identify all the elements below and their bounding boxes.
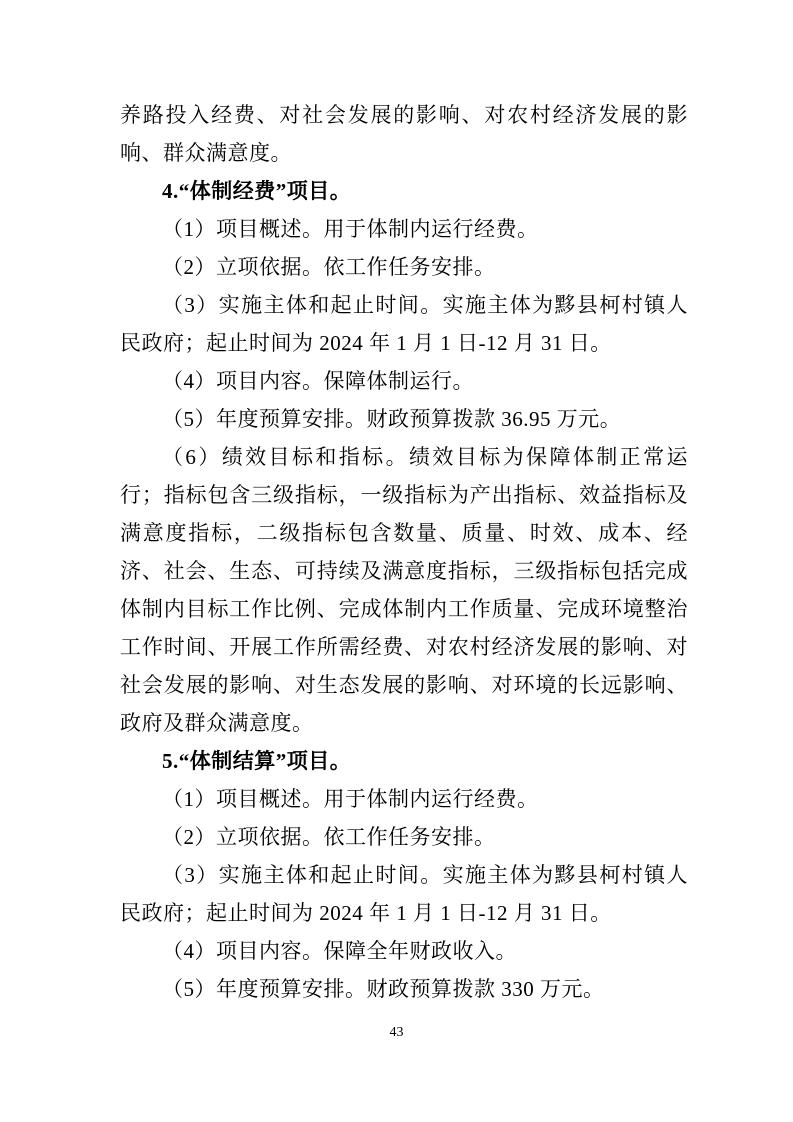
paragraph-item-5b: （5）年度预算安排。财政预算拨款 330 万元。 — [120, 970, 688, 1008]
paragraph-item-2: （2）立项依据。依工作任务安排。 — [120, 248, 688, 286]
paragraph-item-1: （1）项目概述。用于体制内运行经费。 — [120, 210, 688, 248]
document-body: 养路投入经费、对社会发展的影响、对农村经济发展的影响、群众满意度。 4.“体制经… — [120, 96, 688, 1008]
document-page: 养路投入经费、对社会发展的影响、对农村经济发展的影响、群众满意度。 4.“体制经… — [0, 0, 793, 1122]
paragraph-item-2b: （2）立项依据。依工作任务安排。 — [120, 818, 688, 856]
paragraph-item-3: （3）实施主体和起止时间。实施主体为黟县柯村镇人民政府；起止时间为 2024 年… — [120, 286, 688, 362]
paragraph-item-5: （5）年度预算安排。财政预算拨款 36.95 万元。 — [120, 400, 688, 438]
paragraph-item-1b: （1）项目概述。用于体制内运行经费。 — [120, 780, 688, 818]
page-number: 43 — [0, 1024, 793, 1042]
paragraph-item-6: （6）绩效目标和指标。绩效目标为保障体制正常运行；指标包含三级指标，一级指标为产… — [120, 438, 688, 742]
paragraph-item-4b: （4）项目内容。保障全年财政收入。 — [120, 932, 688, 970]
paragraph-continuation: 养路投入经费、对社会发展的影响、对农村经济发展的影响、群众满意度。 — [120, 96, 688, 172]
paragraph-item-4: （4）项目内容。保障体制运行。 — [120, 362, 688, 400]
section-heading-4: 4.“体制经费”项目。 — [120, 172, 688, 210]
section-heading-5: 5.“体制结算”项目。 — [120, 742, 688, 780]
paragraph-item-3b: （3）实施主体和起止时间。实施主体为黟县柯村镇人民政府；起止时间为 2024 年… — [120, 856, 688, 932]
